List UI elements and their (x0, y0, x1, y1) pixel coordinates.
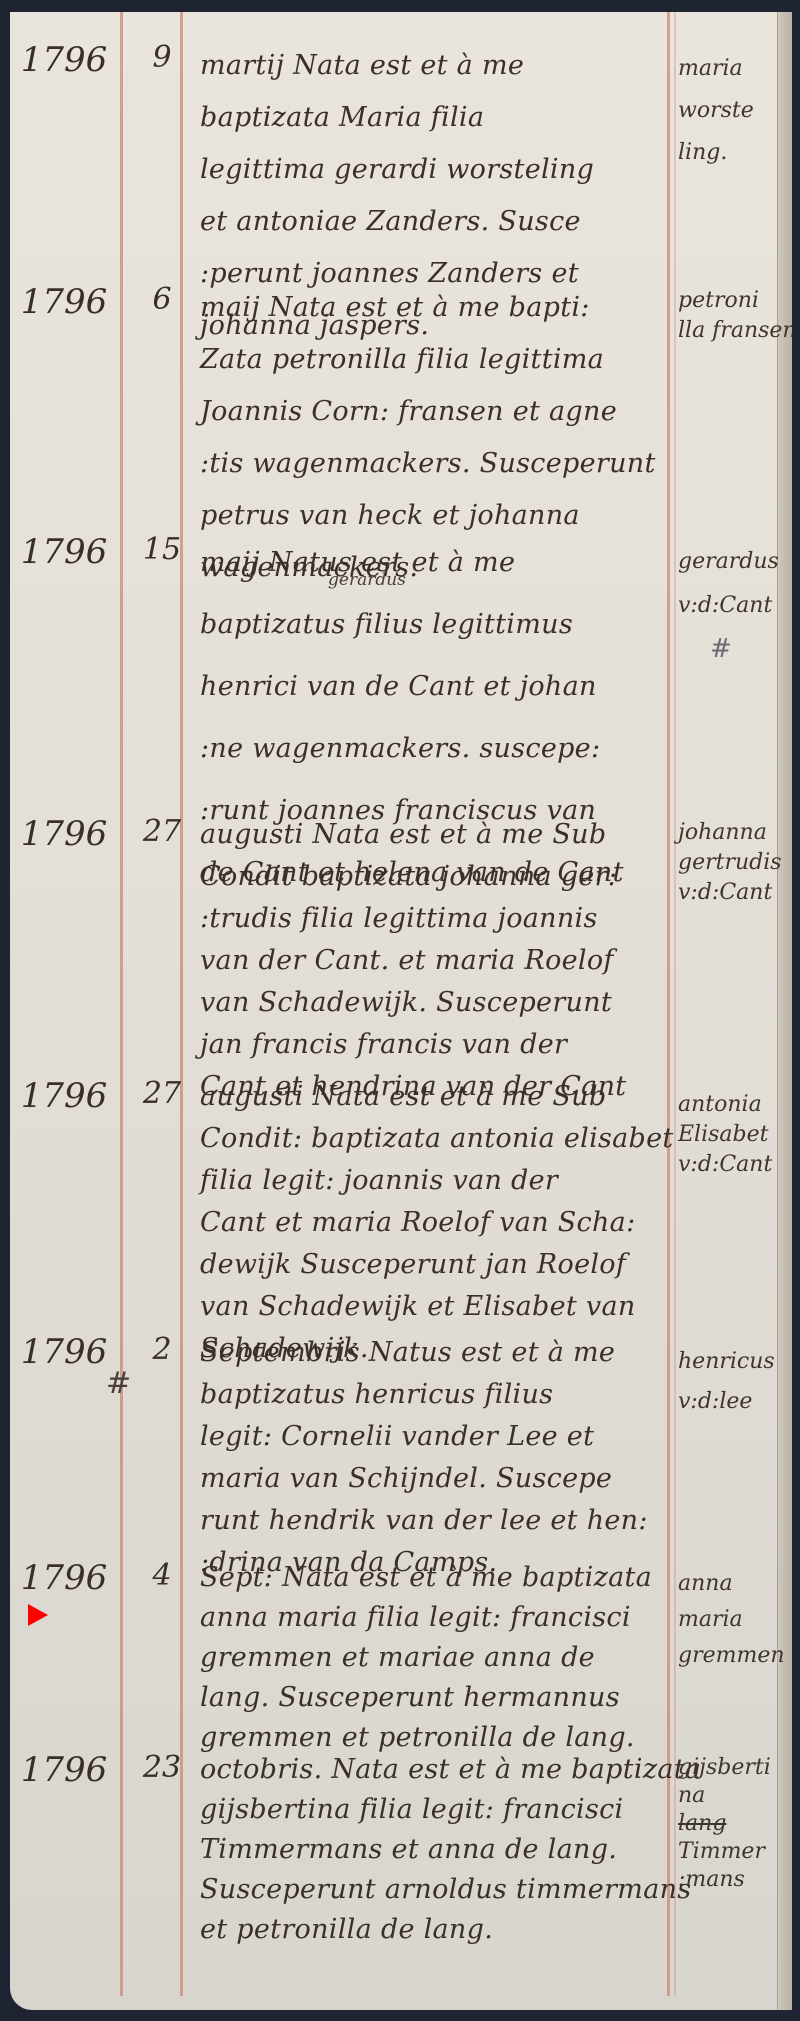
margin-column-rule-faint (674, 12, 676, 1996)
entry-line: van Schadewijk et Elisabet van (200, 1286, 670, 1328)
margin-line: na (678, 1782, 783, 1810)
margin-line: v:d:Cant (678, 584, 783, 628)
entry-line: gijsbertina filia legit: francisci (200, 1790, 670, 1830)
pencil-mark: # (710, 634, 732, 664)
interlinear-insertion: gerardus (328, 570, 406, 590)
margin-line: Timmer (678, 1838, 783, 1866)
entry-year: 1796 (10, 1332, 118, 1372)
entry-line: lang. Susceperunt hermannus (200, 1678, 670, 1718)
entry-day: 6 (134, 282, 190, 317)
margin-line: johanna (678, 818, 783, 848)
entry-line: :tis wagenmackers. Susceperunt (200, 438, 670, 490)
margin-line: petroni (678, 286, 783, 316)
margin-name: johanna gertrudis v:d:Cant (678, 818, 783, 908)
entry-line: van Schadewijk. Susceperunt (200, 982, 670, 1024)
entry-day: 27 (134, 1076, 190, 1111)
margin-name: gerardus v:d:Cant (678, 540, 783, 628)
entry-line: Zata petronilla filia legittima (200, 334, 670, 386)
margin-line: maria (678, 48, 783, 90)
margin-name: antonia Elisabet v:d:Cant (678, 1090, 783, 1180)
entry-line: maij Nata est et à me bapti: (200, 282, 670, 334)
entry-text: octobris. Nata est et à me baptizata gij… (200, 1750, 670, 1950)
entry-line: baptizata Maria filia (200, 92, 670, 144)
margin-line: v:d:lee (678, 1382, 783, 1422)
entry-day: 4 (134, 1558, 190, 1593)
entry-line: et petronilla de lang. (200, 1910, 670, 1950)
entry-text: Sept: Nata est et à me baptizata anna ma… (200, 1558, 670, 1758)
margin-line: gremmen (678, 1638, 783, 1674)
entry-year: 1796 (10, 1558, 118, 1598)
year-column-rule (120, 12, 123, 1996)
margin-line: anna (678, 1566, 783, 1602)
entry-year: 1796 (10, 814, 118, 854)
entry-line: Septembris Natus est et à me (200, 1332, 670, 1374)
entry-line: van der Cant. et maria Roelof (200, 940, 670, 982)
entry-line: dewijk Susceperunt jan Roelof (200, 1244, 670, 1286)
entry-day: 27 (134, 814, 190, 849)
red-pointer-marker-icon (28, 1604, 48, 1626)
margin-name: petroni lla fransen (678, 286, 783, 346)
margin-line: lla fransen (678, 316, 783, 346)
entry-line: Timmermans et anna de lang. (200, 1830, 670, 1870)
margin-line: v:d:Cant (678, 878, 783, 908)
entry-day: 2 (134, 1332, 190, 1367)
entry-line: :trudis filia legittima joannis (200, 898, 670, 940)
entry-year: 1796 (10, 1076, 118, 1116)
entry-line: maria van Schijndel. Suscepe (200, 1458, 670, 1500)
entry-line: jan francis francis van der (200, 1024, 670, 1066)
margin-line: :mans (678, 1866, 783, 1894)
entry-text: augusti Nata est et à me Sub Condit: bap… (200, 1076, 670, 1370)
margin-line-struck: lang (678, 1810, 783, 1838)
register-page: 1796 9 martij Nata est et à me baptizata… (10, 12, 792, 2010)
entry-line: maij Natus est et à me (200, 532, 670, 594)
entry-year: 1796 (10, 282, 118, 322)
margin-line: worste (678, 90, 783, 132)
entry-year: 1796 (10, 1750, 118, 1790)
entry-line: filia legit: joannis van der (200, 1160, 670, 1202)
entry-year: 1796 (10, 532, 118, 572)
ink-mark: # (106, 1366, 131, 1401)
margin-name: maria worste ling. (678, 48, 783, 174)
entry-year: 1796 (10, 40, 118, 80)
entry-line: Condit: baptizata antonia elisabet (200, 1118, 670, 1160)
entry-line: Susceperunt arnoldus timmermans (200, 1870, 670, 1910)
entry-text: Septembris Natus est et à me baptizatus … (200, 1332, 670, 1584)
margin-name: henricus v:d:lee (678, 1342, 783, 1422)
entry-line: Sept: Nata est et à me baptizata (200, 1558, 670, 1598)
entry-day: 15 (134, 532, 190, 567)
entry-line: legit: Cornelii vander Lee et (200, 1416, 670, 1458)
entry-day: 23 (134, 1750, 190, 1785)
entry-line: legittima gerardi worsteling (200, 144, 670, 196)
margin-line: gijsberti (678, 1754, 783, 1782)
entry-line: Cant et maria Roelof van Scha: (200, 1202, 670, 1244)
entry-line: augusti Nata est et à me Sub (200, 814, 670, 856)
entry-day: 9 (134, 40, 190, 75)
margin-line: gertrudis (678, 848, 783, 878)
entry-line: octobris. Nata est et à me baptizata (200, 1750, 670, 1790)
entry-line: Joannis Corn: fransen et agne (200, 386, 670, 438)
margin-line: antonia (678, 1090, 783, 1120)
margin-line: maria (678, 1602, 783, 1638)
margin-line: v:d:Cant (678, 1150, 783, 1180)
entry-line: runt hendrik van der lee et hen: (200, 1500, 670, 1542)
entry-line: anna maria filia legit: francisci (200, 1598, 670, 1638)
entry-line: gremmen et mariae anna de (200, 1638, 670, 1678)
entry-line: :ne wagenmackers. suscepe: (200, 718, 670, 780)
entry-line: Condit baptizata johanna ger: (200, 856, 670, 898)
entry-line: baptizatus henricus filius (200, 1374, 670, 1416)
margin-name: gijsberti na lang Timmer :mans (678, 1754, 783, 1894)
margin-line: henricus (678, 1342, 783, 1382)
entry-line: martij Nata est et à me (200, 40, 670, 92)
entry-line: baptizatus filius legittimus (200, 594, 670, 656)
entry-line: augusti Nata est et à me Sub (200, 1076, 670, 1118)
margin-line: ling. (678, 132, 783, 174)
margin-line: Elisabet (678, 1120, 783, 1150)
margin-line: gerardus (678, 540, 783, 584)
entry-text: augusti Nata est et à me Sub Condit bapt… (200, 814, 670, 1108)
margin-name: anna maria gremmen (678, 1566, 783, 1674)
entry-line: henrici van de Cant et johan (200, 656, 670, 718)
entry-line: et antoniae Zanders. Susce (200, 196, 670, 248)
